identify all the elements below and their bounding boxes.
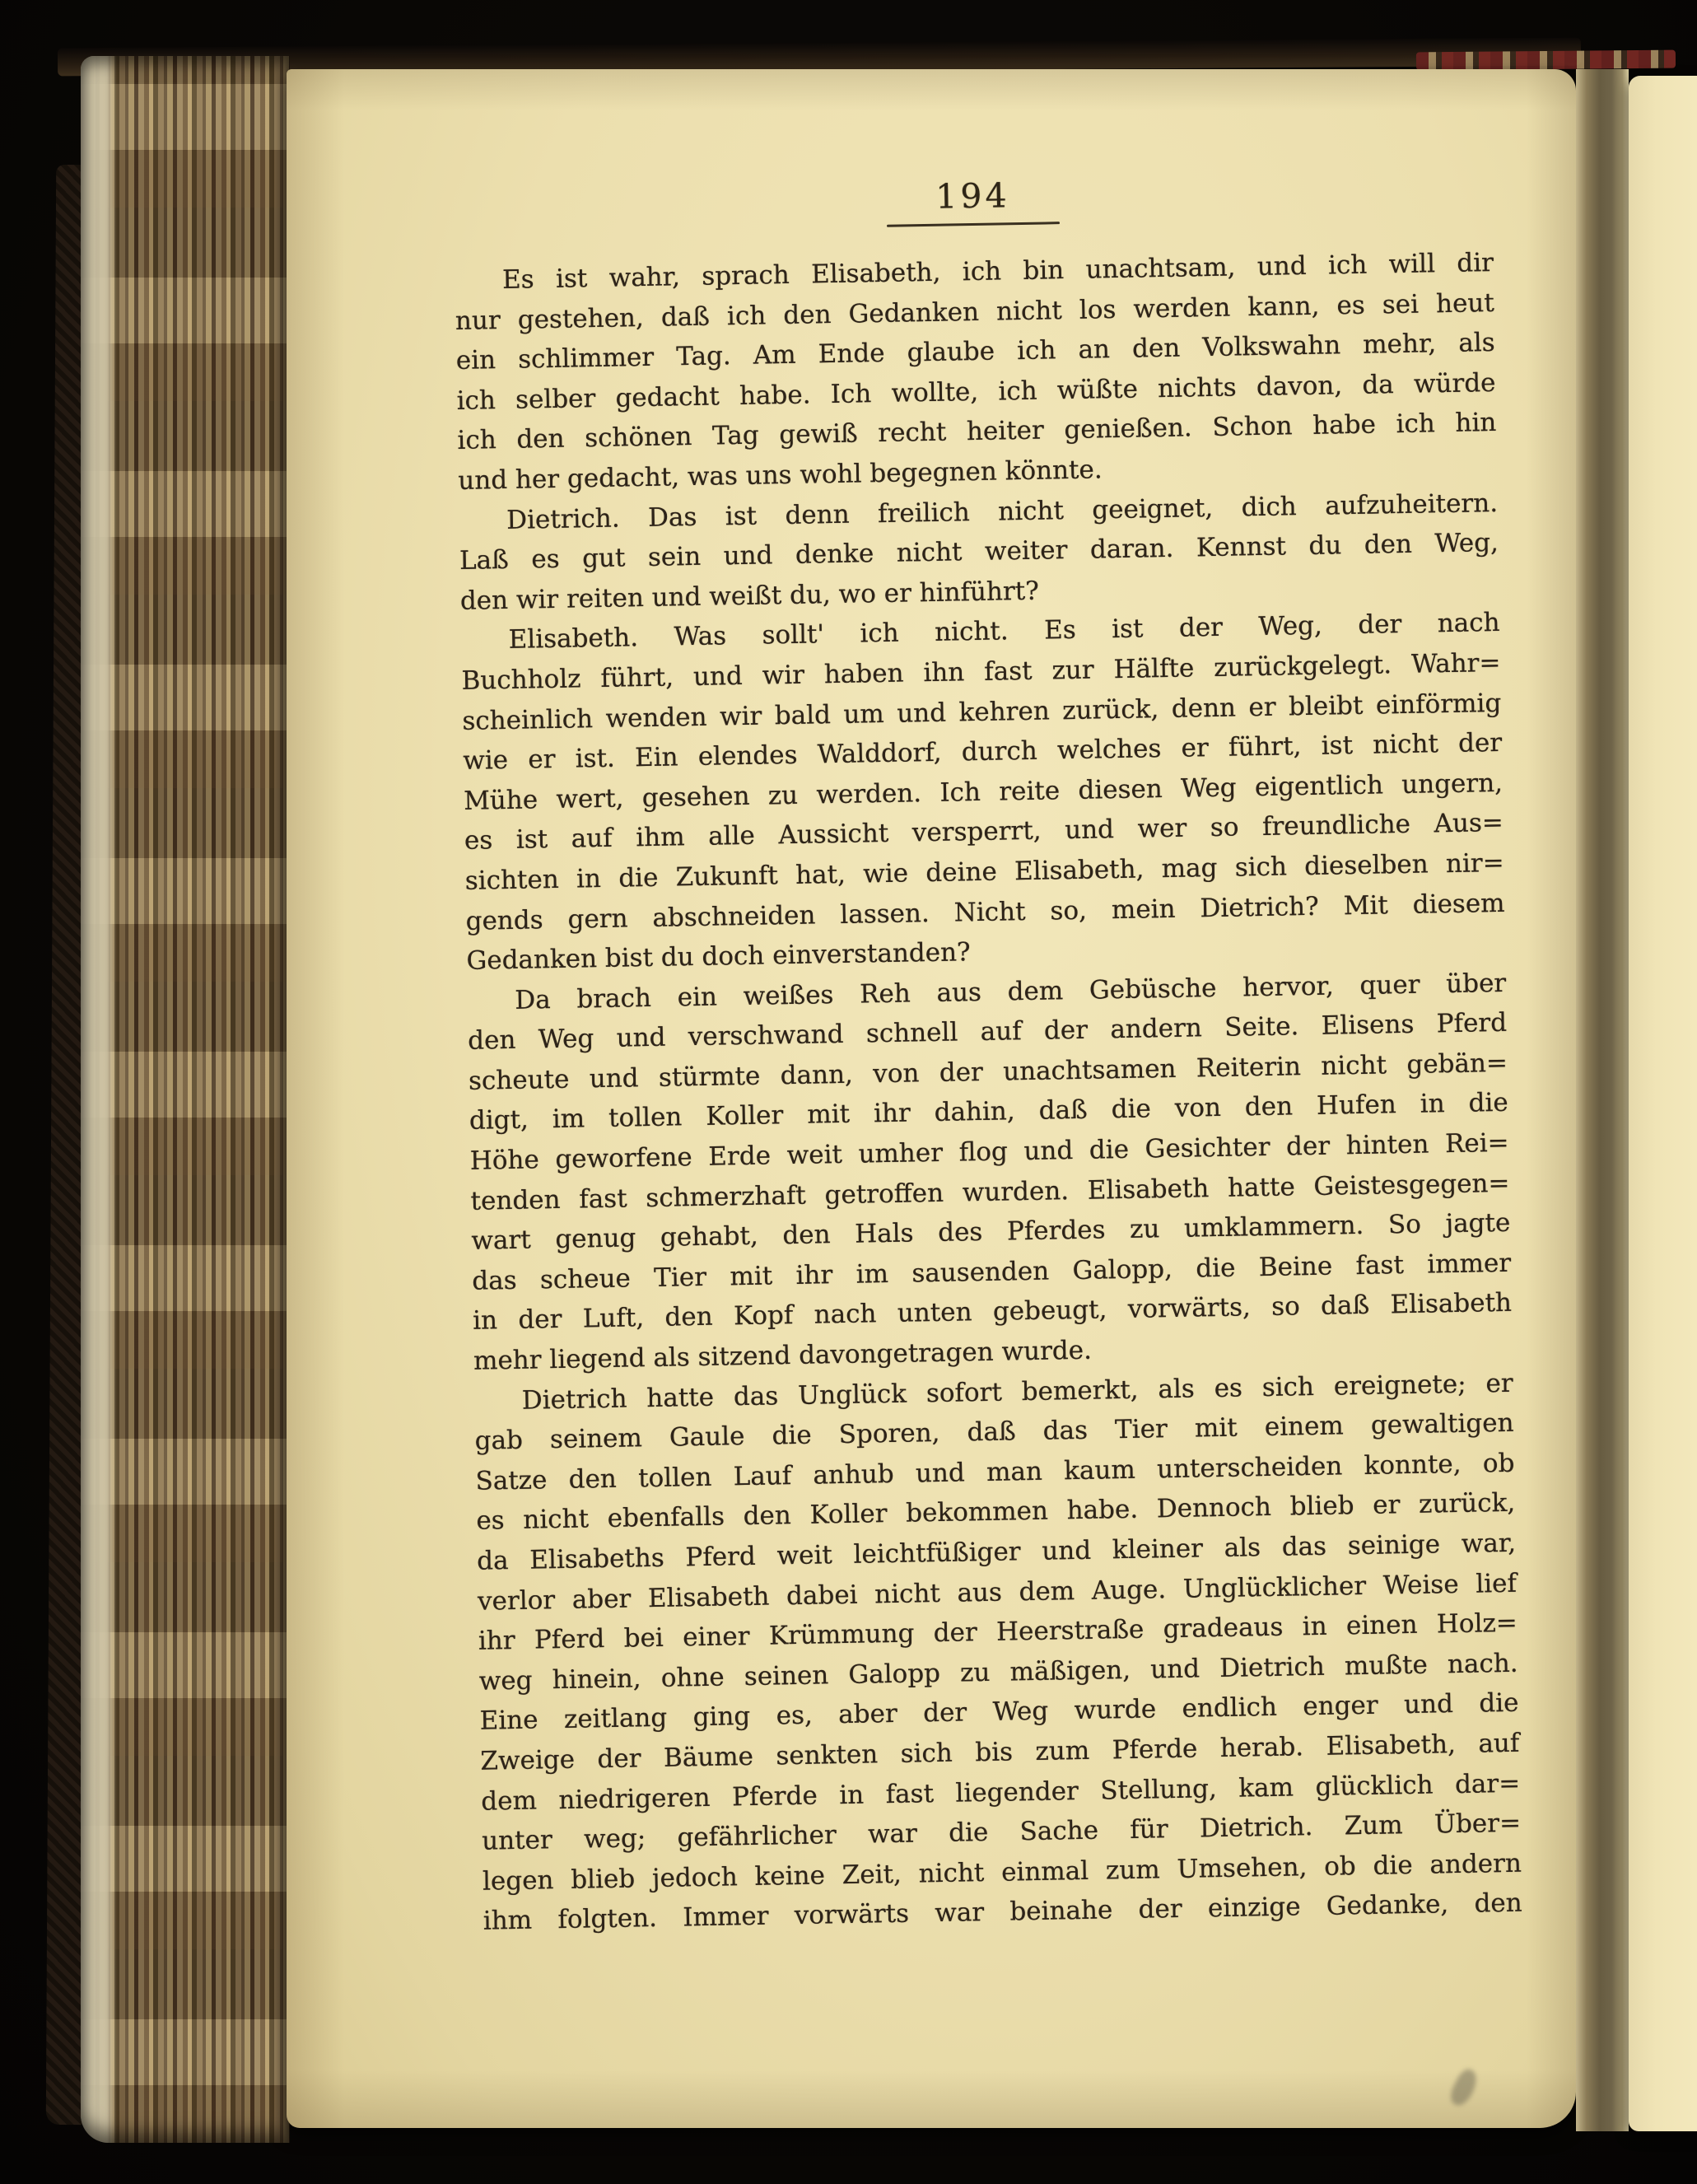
page-gutter [1576,69,1629,2131]
page-number: 194 [453,167,1493,225]
stain-mark [1447,2066,1482,2109]
next-page-edge [1629,76,1697,2131]
book-page: 194 Es ist wahr, sprach Elisabeth, ich b… [287,69,1576,2128]
page-content: 194 Es ist wahr, sprach Elisabeth, ich b… [453,167,1522,1942]
book-fore-edge [81,56,290,2143]
headband [1416,50,1676,71]
page-number-rule [887,222,1060,227]
page-text: Es ist wahr, sprach Elisabeth, ich bin u… [455,243,1522,1942]
folio-header: 194 [453,167,1493,235]
book-scan: { "page": { "number": "194", "lines": [ … [0,0,1697,2184]
